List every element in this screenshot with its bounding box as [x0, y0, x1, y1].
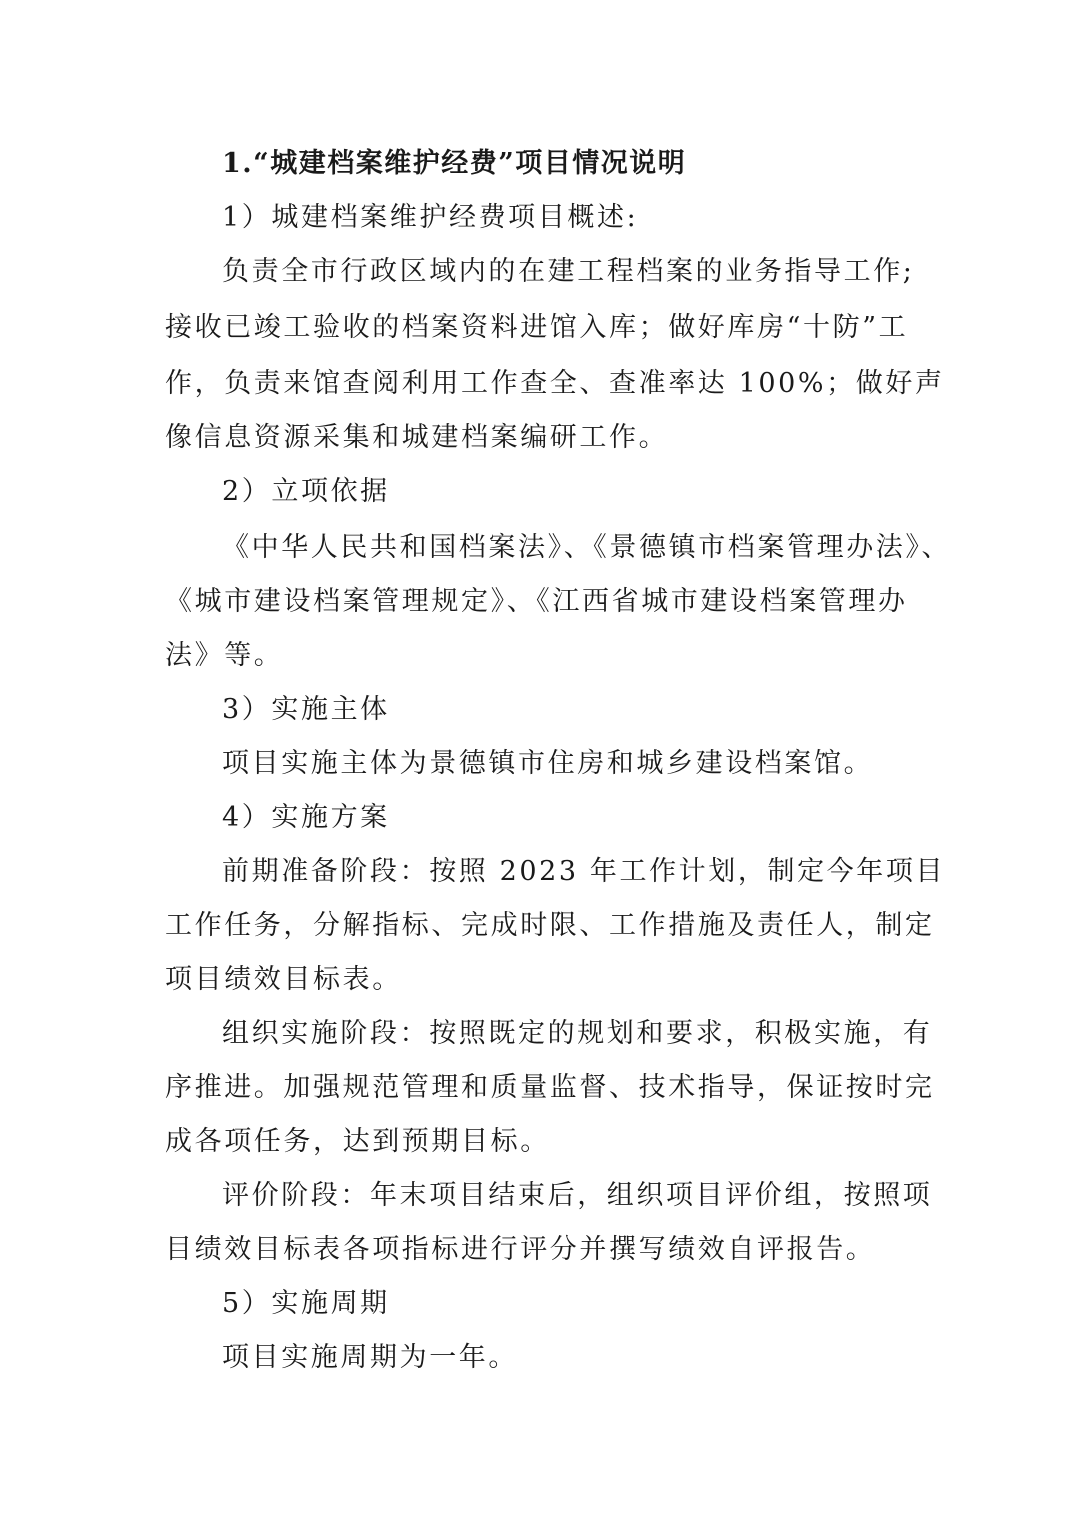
- paragraph-line: 目绩效目标表各项指标进行评分并撰写绩效自评报告。: [165, 1232, 925, 1268]
- document-title: 1.“城建档案维护经费”项目情况说明: [222, 146, 982, 182]
- paragraph-line: 《中华人民共和国档案法》、《景德镇市档案管理办法》、: [222, 530, 982, 566]
- paragraph-line: 成各项任务，达到预期目标。: [165, 1124, 925, 1160]
- document-page: 1.“城建档案维护经费”项目情况说明 1）城建档案维护经费项目概述: 负责全市行…: [0, 0, 1074, 1520]
- paragraph-line: 评价阶段：年末项目结束后，组织项目评价组，按照项: [222, 1178, 982, 1214]
- paragraph-line: 序推进。加强规范管理和质量监督、技术指导，保证按时完: [165, 1070, 925, 1106]
- section-heading-overview: 1）城建档案维护经费项目概述:: [222, 200, 982, 236]
- section-heading-subject: 3）实施主体: [222, 692, 982, 728]
- paragraph-line: 项目绩效目标表。: [165, 962, 925, 998]
- paragraph-line: 像信息资源采集和城建档案编研工作。: [165, 420, 925, 456]
- paragraph-line: 《城市建设档案管理规定》、《江西省城市建设档案管理办: [165, 584, 925, 620]
- section-heading-basis: 2）立项依据: [222, 474, 982, 510]
- paragraph-line: 法》等。: [165, 638, 925, 674]
- paragraph-line: 负责全市行政区域内的在建工程档案的业务指导工作;: [222, 254, 982, 290]
- paragraph-line: 项目实施周期为一年。: [222, 1340, 982, 1376]
- section-heading-period: 5）实施周期: [222, 1286, 982, 1322]
- paragraph-line: 前期准备阶段：按照 2023 年工作计划，制定今年项目: [222, 854, 982, 890]
- paragraph-line: 接收已竣工验收的档案资料进馆入库；做好库房“十防”工: [165, 310, 925, 346]
- paragraph-line: 组织实施阶段：按照既定的规划和要求，积极实施，有: [222, 1016, 982, 1052]
- paragraph-line: 工作任务，分解指标、完成时限、工作措施及责任人，制定: [165, 908, 925, 944]
- paragraph-line: 作，负责来馆查阅利用工作查全、查准率达 100%；做好声: [165, 366, 925, 402]
- section-heading-plan: 4）实施方案: [222, 800, 982, 836]
- paragraph-line: 项目实施主体为景德镇市住房和城乡建设档案馆。: [222, 746, 982, 782]
